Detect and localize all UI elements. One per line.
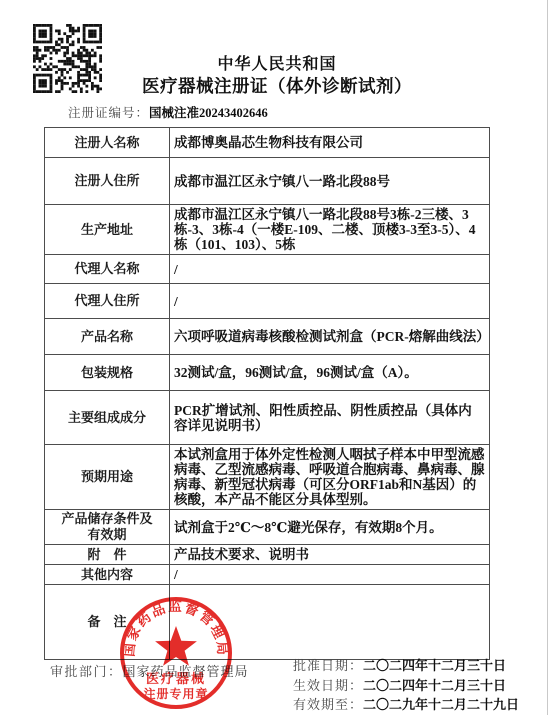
table-row-value: 试剂盒于2℃～8℃避光保存，有效期8个月。	[170, 510, 490, 545]
stamp-line1: 医疗器械	[146, 671, 206, 686]
certificate-table: 注册人名称成都博奥晶芯生物科技有限公司注册人住所成都市温江区永宁镇八一路北段88…	[44, 127, 490, 660]
table-row-value: PCR扩增试剂、阳性质控品、阴性质控品（具体内容详见说明书）	[170, 391, 490, 445]
table-row-label: 产品名称	[45, 319, 170, 355]
stamp-line2: 注册专用章	[143, 686, 208, 701]
table-row-value: 成都市温江区永宁镇八一路北段88号	[170, 158, 490, 205]
table-row-value: 本试剂盒用于体外定性检测人咽拭子样本中甲型流感病毒、乙型流感病毒、呼吸道合胞病毒…	[170, 445, 490, 510]
table-row: 主要组成成分PCR扩增试剂、阳性质控品、阴性质控品（具体内容详见说明书）	[45, 391, 490, 445]
registration-number-line: 注册证编号：国械注准20243402646	[68, 105, 268, 121]
table-row-value: /	[170, 565, 490, 585]
table-row-label: 注册人名称	[45, 128, 170, 158]
table-row: 附 件产品技术要求、说明书	[45, 545, 490, 565]
official-stamp: 国家药品监督管理局 医疗器械 注册专用章	[117, 594, 235, 712]
date-value: 二〇二九年十二月二十九日	[363, 697, 519, 712]
title-country: 中华人民共和国	[0, 55, 554, 75]
table-row-value: 成都博奥晶芯生物科技有限公司	[170, 128, 490, 158]
dates-block: 批准日期：二〇二四年十二月三十日生效日期：二〇二四年十二月三十日有效期至：二〇二…	[293, 656, 519, 715]
table-row-label: 代理人住所	[45, 284, 170, 319]
table-row: 预期用途本试剂盒用于体外定性检测人咽拭子样本中甲型流感病毒、乙型流感病毒、呼吸道…	[45, 445, 490, 510]
table-row-label: 注册人住所	[45, 158, 170, 205]
table-row: 代理人名称/	[45, 255, 490, 284]
table-row-value: 六项呼吸道病毒核酸检测试剂盒（PCR-熔解曲线法）	[170, 319, 490, 355]
table-row-label: 其他内容	[45, 565, 170, 585]
date-value: 二〇二四年十二月三十日	[363, 678, 506, 693]
registration-number-label: 注册证编号：	[68, 106, 149, 120]
table-row-label: 包装规格	[45, 355, 170, 391]
date-label: 批准日期：	[293, 658, 363, 673]
table-row: 生产地址成都市温江区永宁镇八一路北段88号3栋-2三楼、3栋-3、3栋-4（一楼…	[45, 205, 490, 255]
table-row-value: /	[170, 255, 490, 284]
table-row-label: 主要组成成分	[45, 391, 170, 445]
date-label: 生效日期：	[293, 678, 363, 693]
table-row: 注册人名称成都博奥晶芯生物科技有限公司	[45, 128, 490, 158]
date-line: 批准日期：二〇二四年十二月三十日	[293, 656, 519, 676]
table-row: 产品名称六项呼吸道病毒核酸检测试剂盒（PCR-熔解曲线法）	[45, 319, 490, 355]
date-line: 生效日期：二〇二四年十二月三十日	[293, 676, 519, 696]
table-row: 代理人住所/	[45, 284, 490, 319]
certificate-page: { "page": { "title_line1": "中华人民共和国", "t…	[0, 0, 554, 715]
certificate-title: 中华人民共和国 医疗器械注册证（体外诊断试剂）	[0, 55, 554, 98]
date-label: 有效期至：	[293, 697, 363, 712]
stamp-star-icon	[155, 626, 197, 666]
page-scan-edge	[547, 0, 548, 715]
table-row-value: 产品技术要求、说明书	[170, 545, 490, 565]
approval-department-label: 审批部门：	[50, 664, 123, 679]
table-row-value: 成都市温江区永宁镇八一路北段88号3栋-2三楼、3栋-3、3栋-4（一楼E-10…	[170, 205, 490, 255]
date-line: 有效期至：二〇二九年十二月二十九日	[293, 695, 519, 715]
table-row-label: 代理人名称	[45, 255, 170, 284]
table-row: 注册人住所成都市温江区永宁镇八一路北段88号	[45, 158, 490, 205]
table-row: 备 注	[45, 585, 490, 660]
table-row: 产品储存条件及 有效期试剂盒于2℃～8℃避光保存，有效期8个月。	[45, 510, 490, 545]
table-row-value: /	[170, 284, 490, 319]
table-row-label: 附 件	[45, 545, 170, 565]
registration-number-value: 国械注准20243402646	[149, 106, 268, 120]
table-row: 其他内容/	[45, 565, 490, 585]
table-row-value: 32测试/盒，96测试/盒，96测试/盒（A）。	[170, 355, 490, 391]
date-value: 二〇二四年十二月三十日	[363, 658, 506, 673]
table-row-label: 生产地址	[45, 205, 170, 255]
table-row-label: 预期用途	[45, 445, 170, 510]
table-row-label: 产品储存条件及 有效期	[45, 510, 170, 545]
title-certificate: 医疗器械注册证（体外诊断试剂）	[0, 75, 554, 98]
table-row: 包装规格32测试/盒，96测试/盒，96测试/盒（A）。	[45, 355, 490, 391]
